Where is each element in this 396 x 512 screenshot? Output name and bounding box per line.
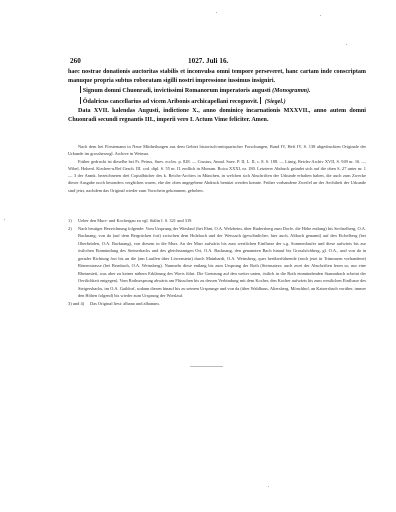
monogram-note: (Monogramm).	[272, 88, 310, 94]
footnote-number: 2)	[68, 225, 72, 233]
vertical-bar-mark	[260, 97, 261, 104]
footnotes: 1) Ueber den Murr- und Kochergau zu vgl.…	[68, 217, 366, 307]
prior-editions-note: Früher gedruckt ist dieselbe bei Fr. Pet…	[68, 158, 366, 194]
vertical-bar-mark	[80, 86, 81, 93]
editorial-notes: Nach dem bei Förstemann in Neue Mittheil…	[68, 143, 366, 194]
charter-text: haec nostrae donationis auctoritas stabi…	[68, 68, 366, 125]
scan-speck	[346, 44, 347, 45]
signum-line: Signum domni Chuonradi, invictissimi Rom…	[68, 86, 366, 96]
scan-speck	[4, 219, 5, 220]
footnote-number: 3) und 4)	[68, 300, 84, 308]
footnote-text: Nach heutiger Bezeichnung folgende: Vom …	[78, 226, 366, 299]
vertical-bar-mark	[80, 97, 81, 104]
running-title: 1027. Juli 16.	[188, 57, 228, 65]
footnote-number: 1)	[68, 217, 72, 225]
recognition-text: Ôdalricus cancellarius ad vicem Aribonis…	[83, 99, 259, 105]
dating-clause: Data XVII. kalendas Augusti, indictione …	[68, 107, 366, 125]
recognition-line: Ôdalricus cancellarius ad vicem Aribonis…	[68, 97, 366, 107]
signum-text: Signum domni Chuonradi, invictissimi Rom…	[83, 88, 271, 94]
footnote-text: Ueber den Murr- und Kochergau zu vgl. St…	[78, 218, 192, 223]
charter-paragraph: haec nostrae donationis auctoritas stabi…	[68, 68, 366, 86]
source-note: Nach dem bei Förstemann in Neue Mittheil…	[68, 143, 366, 158]
scan-speck	[268, 486, 269, 487]
scan-speck	[320, 15, 321, 16]
footnote: 3) und 4) Das Original liest: albana und…	[68, 300, 366, 308]
page-number: 260	[70, 57, 81, 65]
footnote: 1) Ueber den Murr- und Kochergau zu vgl.…	[68, 217, 366, 225]
seal-note: (Siegel.)	[265, 99, 286, 105]
document-page: 260 1027. Juli 16. haec nostrae donation…	[0, 0, 396, 512]
scan-speck	[216, 12, 217, 13]
page-header: 260 1027. Juli 16.	[40, 57, 370, 67]
footnote-text: Das Original liest: albana und albanum.	[90, 301, 160, 306]
footnote: 2) Nach heutiger Bezeichnung folgende: V…	[68, 225, 366, 300]
end-rule	[190, 366, 223, 367]
